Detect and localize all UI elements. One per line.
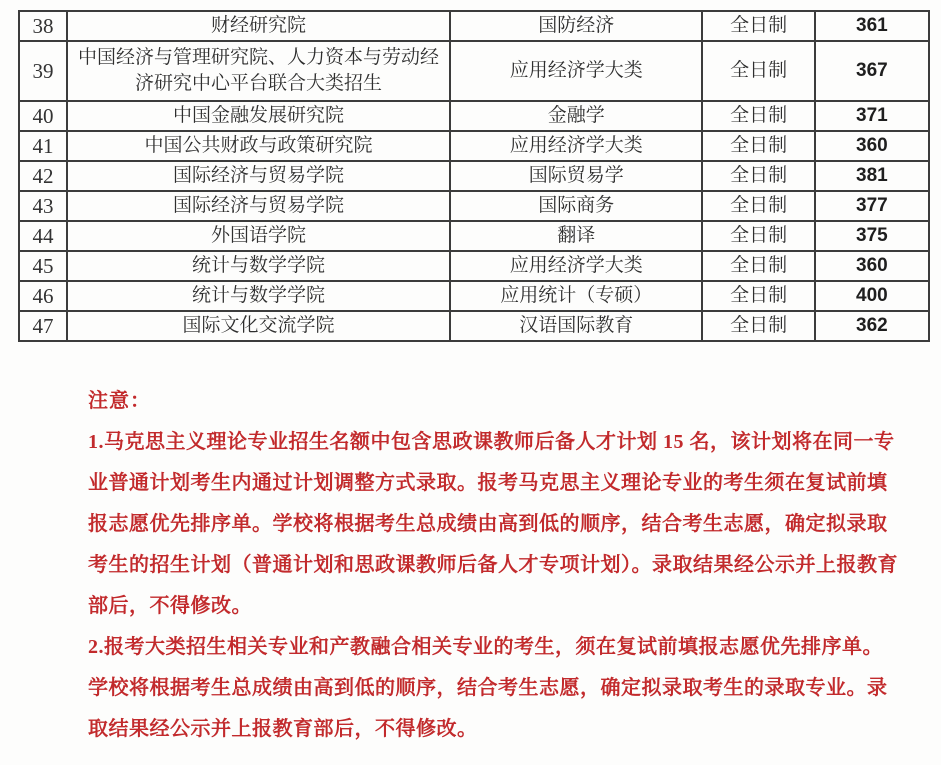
table-row: 42 国际经济与贸易学院 国际贸易学 全日制 381 <box>19 161 929 191</box>
notice-line: 业普通计划考生内通过计划调整方式录取。报考马克思主义理论专业的考生须在复试前填 <box>88 463 878 504</box>
major-cell: 国际贸易学 <box>450 161 703 191</box>
college-cell: 统计与数学学院 <box>67 281 450 311</box>
notice-line: 2.报考大类招生相关专业和产教融合相关专业的考生，须在复试前填报志愿优先排序单。 <box>88 627 878 668</box>
score-cell: 362 <box>815 311 929 341</box>
notice-line: 报志愿优先排序单。学校将根据考生总成绩由高到低的顺序，结合考生志愿，确定拟录取 <box>88 504 878 545</box>
major-cell: 国防经济 <box>450 11 703 41</box>
study-mode-cell: 全日制 <box>702 251 814 281</box>
college-cell: 国际经济与贸易学院 <box>67 161 450 191</box>
admissions-score-table: 38 财经研究院 国防经济 全日制 361 39 中国经济与管理研究院、人力资本… <box>18 10 930 342</box>
score-cell: 381 <box>815 161 929 191</box>
college-cell: 中国经济与管理研究院、人力资本与劳动经济研究中心平台联合大类招生 <box>67 41 450 101</box>
row-number-cell: 46 <box>19 281 67 311</box>
table-row: 45 统计与数学学院 应用经济学大类 全日制 360 <box>19 251 929 281</box>
major-cell: 应用经济学大类 <box>450 251 703 281</box>
row-number-cell: 39 <box>19 41 67 101</box>
row-number-cell: 43 <box>19 191 67 221</box>
college-cell: 国际经济与贸易学院 <box>67 191 450 221</box>
study-mode-cell: 全日制 <box>702 41 814 101</box>
table-row: 47 国际文化交流学院 汉语国际教育 全日制 362 <box>19 311 929 341</box>
score-cell: 360 <box>815 131 929 161</box>
notice-line: 取结果经公示并上报教育部后，不得修改。 <box>88 709 878 750</box>
notice-title: 注意： <box>88 381 878 422</box>
row-number-cell: 45 <box>19 251 67 281</box>
table-row: 43 国际经济与贸易学院 国际商务 全日制 377 <box>19 191 929 221</box>
row-number-cell: 42 <box>19 161 67 191</box>
major-cell: 国际商务 <box>450 191 703 221</box>
college-cell: 中国公共财政与政策研究院 <box>67 131 450 161</box>
table-row: 39 中国经济与管理研究院、人力资本与劳动经济研究中心平台联合大类招生 应用经济… <box>19 41 929 101</box>
major-cell: 金融学 <box>450 101 703 131</box>
table-row: 38 财经研究院 国防经济 全日制 361 <box>19 11 929 41</box>
college-cell: 统计与数学学院 <box>67 251 450 281</box>
table-row: 44 外国语学院 翻译 全日制 375 <box>19 221 929 251</box>
college-cell: 外国语学院 <box>67 221 450 251</box>
score-cell: 371 <box>815 101 929 131</box>
major-cell: 汉语国际教育 <box>450 311 703 341</box>
score-cell: 377 <box>815 191 929 221</box>
notice-line: 考生的招生计划（普通计划和思政课教师后备人才专项计划）。录取结果经公示并上报教育 <box>88 545 878 586</box>
row-number-cell: 47 <box>19 311 67 341</box>
major-cell: 应用经济学大类 <box>450 41 703 101</box>
major-cell: 应用统计（专硕） <box>450 281 703 311</box>
study-mode-cell: 全日制 <box>702 221 814 251</box>
notice-section: 注意： 1.马克思主义理论专业招生名额中包含思政课教师后备人才计划 15 名，该… <box>88 381 878 750</box>
score-cell: 367 <box>815 41 929 101</box>
study-mode-cell: 全日制 <box>702 281 814 311</box>
document-page: { "table": { "rows": [ { "no": "38", "co… <box>0 0 941 765</box>
college-cell: 国际文化交流学院 <box>67 311 450 341</box>
study-mode-cell: 全日制 <box>702 101 814 131</box>
table-row: 46 统计与数学学院 应用统计（专硕） 全日制 400 <box>19 281 929 311</box>
major-cell: 应用经济学大类 <box>450 131 703 161</box>
notice-line: 学校将根据考生总成绩由高到低的顺序，结合考生志愿，确定拟录取考生的录取专业。录 <box>88 668 878 709</box>
college-cell: 中国金融发展研究院 <box>67 101 450 131</box>
row-number-cell: 38 <box>19 11 67 41</box>
study-mode-cell: 全日制 <box>702 11 814 41</box>
notice-line: 部后，不得修改。 <box>88 586 878 627</box>
table-row: 41 中国公共财政与政策研究院 应用经济学大类 全日制 360 <box>19 131 929 161</box>
score-cell: 375 <box>815 221 929 251</box>
row-number-cell: 40 <box>19 101 67 131</box>
score-cell: 360 <box>815 251 929 281</box>
study-mode-cell: 全日制 <box>702 311 814 341</box>
study-mode-cell: 全日制 <box>702 161 814 191</box>
score-cell: 400 <box>815 281 929 311</box>
notice-line: 1.马克思主义理论专业招生名额中包含思政课教师后备人才计划 15 名，该计划将在… <box>88 422 878 463</box>
score-cell: 361 <box>815 11 929 41</box>
row-number-cell: 44 <box>19 221 67 251</box>
row-number-cell: 41 <box>19 131 67 161</box>
table-row: 40 中国金融发展研究院 金融学 全日制 371 <box>19 101 929 131</box>
major-cell: 翻译 <box>450 221 703 251</box>
study-mode-cell: 全日制 <box>702 131 814 161</box>
study-mode-cell: 全日制 <box>702 191 814 221</box>
college-cell: 财经研究院 <box>67 11 450 41</box>
